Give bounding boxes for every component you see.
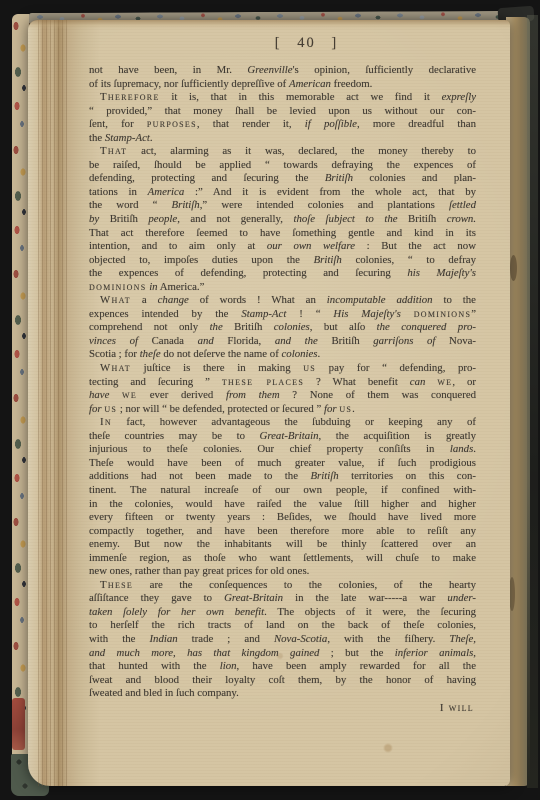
text-line: These are the conſequences to the coloni… — [89, 579, 476, 593]
text-run: aſſiſtance they gave to — [89, 592, 224, 604]
text-run: do not deſerve the name of — [161, 348, 282, 360]
text-line: new ones, rather than pay great prices f… — [89, 565, 476, 579]
text-run: our own welfare — [267, 240, 355, 252]
text-run: garriſons of — [373, 335, 435, 347]
text-line: aſſiſtance they gave to Great-Britain in… — [89, 592, 476, 606]
text-run: that hunted with the — [89, 660, 220, 672]
text-run: Britiſh — [99, 213, 148, 225]
text-line: comprehend not only the Britiſh colonies… — [89, 321, 476, 335]
text-run: injurious to theſe colonies. Our chief p… — [89, 443, 450, 455]
text-line: not have been, in Mr. Greenville's opini… — [89, 64, 476, 78]
text-run: and — [198, 335, 214, 347]
text-run: we — [437, 376, 452, 388]
text-run: . — [317, 348, 320, 360]
text-run: the conquered pro- — [377, 321, 476, 333]
text-run: us — [303, 362, 316, 374]
text-run: from them — [226, 389, 280, 401]
text-run: the expences of defending, protecting an… — [89, 267, 407, 279]
text-run: inferior animals — [395, 647, 474, 659]
text-run: purposes — [147, 118, 197, 130]
text-run: ,” were intended colonies and plantation… — [200, 199, 449, 211]
text-line: ſweat and blood their loyalty coſt them,… — [89, 674, 476, 688]
text-line: the word “ Britiſh,” were intended colon… — [89, 199, 476, 213]
text-run: “ provided,” that money ſhall be levied … — [89, 105, 476, 117]
text-run: additions had not been made to the — [89, 470, 310, 482]
text-run: pay for “ defending, pro- — [316, 362, 476, 374]
text-line: by Britiſh people, and not generally, th… — [89, 213, 476, 227]
text-line: of its ſupremacy, nor ſufficiently depre… — [89, 78, 476, 92]
text-run: , more dreadful than — [357, 118, 476, 130]
text-run: Indian — [149, 633, 177, 645]
text-run: be raiſed, ſhould be applied “ towards d… — [89, 159, 476, 171]
text-run: ſweat and blood their loyalty coſt them,… — [89, 674, 476, 686]
text-run: : But the act now — [355, 240, 476, 252]
text-run: every fifteen or twenty years : Beſides,… — [89, 511, 476, 523]
text-run: ? None of them was conquered — [280, 389, 476, 401]
paragraph: That act, alarming as it was, declared, … — [89, 145, 476, 294]
text-run: if poſſible — [305, 118, 357, 130]
text-run: Britiſh — [325, 172, 353, 184]
paragraph: Therefore it is, that in this memorable … — [89, 91, 476, 145]
text-run: change — [158, 294, 189, 306]
text-run: These — [100, 579, 133, 591]
text-run — [401, 308, 414, 320]
text-run: new ones, rather than pay great prices f… — [89, 565, 309, 577]
paragraph: not have been, in Mr. Greenville's opini… — [89, 64, 476, 91]
text-run: defending, protecting and ſecuring the — [89, 172, 325, 184]
text-run: , have been amply rewarded for all the — [237, 660, 477, 672]
text-run: , but alſo — [310, 321, 377, 333]
text-line: taken ſolely for her own benefit. The ob… — [89, 606, 476, 620]
text-run: America — [148, 186, 185, 198]
text-run: in — [149, 281, 157, 293]
text-run: expreſly — [442, 91, 476, 103]
book-page: [ 40 ] not have been, in Mr. Greenville'… — [28, 20, 510, 786]
text-run: , — [473, 647, 476, 659]
page-number: [ 40 ] — [89, 35, 476, 52]
text-run: a — [131, 294, 158, 306]
text-run: fact, however advantageous the ſubduing … — [112, 416, 476, 428]
text-run: lion — [220, 660, 237, 672]
paragraph: What a change of words ! What an incompu… — [89, 294, 476, 362]
text-run: Britiſh — [172, 199, 200, 211]
text-run: dominions — [89, 281, 146, 293]
text-line: to herſelf the rich tracts of land on th… — [89, 619, 476, 633]
text-run: trade ; and — [178, 633, 274, 645]
text-line: dominions in America.” — [89, 281, 476, 295]
text-run: immenſe region, as thoſe who want ſettle… — [89, 552, 476, 564]
text-run: of words ! What an — [189, 294, 327, 306]
text-run: to the — [433, 294, 476, 306]
text-run: . — [352, 403, 355, 415]
text-run: . The objects of it were, the ſecuring — [264, 606, 476, 618]
text-line: additions had not been made to the Briti… — [89, 470, 476, 484]
text-run: Britiſh — [398, 213, 447, 225]
text-line: Scotia ; for theſe do not deſerve the na… — [89, 348, 476, 362]
text-run: can — [410, 376, 426, 388]
text-line: ſent, for purposes, that render it, if p… — [89, 118, 476, 132]
text-line: every fifteen or twenty years : Beſides,… — [89, 511, 476, 525]
text-run: ; nor will “ be defended, protected or ſ… — [117, 403, 324, 415]
text-run: lands — [450, 443, 473, 455]
text-run: to herſelf the rich tracts of land on th… — [89, 619, 476, 631]
text-line: “ provided,” that money ſhall be levied … — [89, 105, 476, 119]
text-run: Britiſh — [223, 321, 274, 333]
text-run: ; but the — [319, 647, 394, 659]
text-line: Therefore it is, that in this memorable … — [89, 91, 476, 105]
text-run: What — [100, 294, 131, 306]
text-run: people — [148, 213, 177, 225]
text-line: ſweated and bled in ſuch company. — [89, 687, 476, 701]
text-run: Greenville — [247, 64, 292, 76]
text-run: , with the fiſhery. — [327, 633, 449, 645]
text-run: objected to, impoſes duties upon the — [89, 254, 314, 266]
text-run: ſent, for — [89, 118, 147, 130]
text-line: defending, protecting and ſecuring the B… — [89, 172, 476, 186]
text-line: that hunted with the lion, have been amp… — [89, 660, 476, 674]
text-run: the word “ — [89, 199, 172, 211]
text-run: are the conſequences to the colonies, of… — [133, 579, 476, 591]
text-run — [109, 389, 122, 401]
text-run: ſettled — [449, 199, 476, 211]
text-line: tinent. The natural increaſe of our own … — [89, 484, 476, 498]
paragraph: In fact, however advantageous the ſubdui… — [89, 416, 476, 579]
text-run: under- — [447, 592, 476, 604]
text-run: Scotia ; for — [89, 348, 140, 360]
text-run: intention, and to aim only at — [89, 240, 267, 252]
text-run: dominions — [414, 308, 471, 320]
text-run: juſtice is there in making — [131, 362, 303, 374]
text-run: compactly together, and have been theref… — [89, 525, 476, 537]
text-run: freedom. — [331, 78, 372, 90]
text-run: by — [89, 213, 99, 225]
text-run: Theſe would have been of much greater va… — [89, 457, 476, 469]
text-run: That act therefore ſeemed to have ſometh… — [89, 227, 476, 239]
text-run: his Majeſty's — [407, 267, 476, 279]
text-run: ! “ — [286, 308, 333, 320]
text-run: , or — [452, 376, 476, 388]
text-line: compactly together, and have been theref… — [89, 525, 476, 539]
text-run: Britiſh — [314, 254, 342, 266]
text-line: intention, and to aim only at our own we… — [89, 240, 476, 254]
text-run: tinent. The natural increaſe of our own … — [89, 484, 476, 496]
text-run: 's opinion, ſufficiently declarative — [293, 64, 476, 76]
text-line: What a change of words ! What an incompu… — [89, 294, 476, 308]
text-run: , and not generally, — [177, 213, 293, 225]
text-line: for us ; nor will “ be defended, protect… — [89, 403, 476, 417]
text-line: be raiſed, ſhould be applied “ towards d… — [89, 159, 476, 173]
text-line: What juſtice is there in making us pay f… — [89, 362, 476, 376]
paragraph: What juſtice is there in making us pay f… — [89, 362, 476, 416]
text-run: in the colonies, would have raiſed the v… — [89, 498, 476, 510]
paragraph: These are the conſequences to the coloni… — [89, 579, 476, 701]
text-run: comprehend not only — [89, 321, 210, 333]
text-run: Florida, — [214, 335, 275, 347]
text-run: taken ſolely for her own benefit — [89, 606, 264, 618]
text-run: Stamp-Act — [241, 308, 286, 320]
text-line: expences intended by the Stamp-Act ! “ H… — [89, 308, 476, 322]
text-run: the — [210, 321, 223, 333]
text-run: incomputable addition — [327, 294, 433, 306]
text-run: ever derived — [137, 389, 226, 401]
text-block: not have been, in Mr. Greenville's opini… — [89, 64, 476, 715]
text-run: :” And it is evident from the whole act,… — [184, 186, 476, 198]
text-run: for — [89, 403, 102, 415]
text-line: the Stamp-Act. — [89, 132, 476, 146]
text-run: it is, that in this memorable act we fin… — [160, 91, 442, 103]
text-line: objected to, impoſes duties upon the Bri… — [89, 254, 476, 268]
text-run: have — [89, 389, 109, 401]
text-run: theſe — [140, 348, 161, 360]
text-run: and the — [275, 335, 318, 347]
text-run: not have been, in Mr. — [89, 64, 247, 76]
text-line: Theſe would have been of much greater va… — [89, 457, 476, 471]
text-run: , the acquiſition is greatly — [319, 430, 476, 442]
book-spine-marble-edge — [12, 14, 29, 792]
text-run: colonies — [282, 348, 318, 360]
text-line: in the colonies, would have raiſed the v… — [89, 498, 476, 512]
text-run: territories on this con- — [339, 470, 476, 482]
text-run: the — [89, 132, 105, 144]
text-run: colonies — [274, 321, 310, 333]
text-line: enemy. But now the inhabitants will be t… — [89, 538, 476, 552]
text-run: America.” — [158, 281, 205, 293]
text-run — [425, 376, 437, 388]
text-run: of its ſupremacy, nor ſufficiently depre… — [89, 78, 289, 90]
marble-red-patch — [12, 698, 25, 750]
text-run: theſe countries may be to — [89, 430, 260, 442]
text-run: , that render it, — [197, 118, 305, 130]
text-run: for — [324, 403, 337, 415]
text-run: Nova- — [435, 335, 476, 347]
text-line: and much more, has that kingdom gained ;… — [89, 647, 476, 661]
text-run: thoſe ſubject to the — [293, 213, 397, 225]
text-line: In fact, however advantageous the ſubdui… — [89, 416, 476, 430]
text-run: Therefore — [100, 91, 160, 103]
text-run: American — [289, 78, 331, 90]
text-run: colonies, “ to defray — [342, 254, 476, 266]
text-line: the expences of defending, protecting an… — [89, 267, 476, 281]
text-run: ” — [471, 308, 476, 320]
text-run: Stamp-Act — [105, 132, 150, 144]
text-run: we — [122, 389, 137, 401]
text-line: That act, alarming as it was, declared, … — [89, 145, 476, 159]
book-photo-background: [ 40 ] not have been, in Mr. Greenville'… — [0, 0, 540, 800]
fore-edge-mark — [510, 255, 517, 281]
text-run: tations in — [89, 186, 148, 198]
text-run: . — [473, 443, 476, 455]
text-run: vinces of — [89, 335, 138, 347]
text-run: in the late war-----a war — [283, 592, 447, 604]
text-run: Canada — [138, 335, 198, 347]
text-run: us — [339, 403, 352, 415]
text-run: with the — [89, 633, 149, 645]
text-line: with the Indian trade ; and Nova-Scotia,… — [89, 633, 476, 647]
text-run: Theſe, — [449, 633, 476, 645]
text-line: injurious to theſe colonies. Our chief p… — [89, 443, 476, 457]
text-run: us — [104, 403, 117, 415]
text-run: act, alarming as it was, declared, the m… — [127, 145, 476, 157]
text-run: Great-Britain — [224, 592, 283, 604]
text-line: immenſe region, as thoſe who want ſettle… — [89, 552, 476, 566]
text-run: expences intended by the — [89, 308, 241, 320]
text-line: tecting and ſecuring ” these places ? Wh… — [89, 376, 476, 390]
text-run: His Majeſty's — [333, 308, 400, 320]
text-line: tations in America :” And it is evident … — [89, 186, 476, 200]
text-run: crown. — [447, 213, 476, 225]
text-run: . — [150, 132, 153, 144]
text-run: tecting and ſecuring ” — [89, 376, 222, 388]
text-run: In — [100, 416, 112, 428]
text-run: ? What benefit — [304, 376, 410, 388]
shadow-strip — [527, 15, 538, 788]
catchword: I will — [89, 702, 476, 716]
text-run: and much more, has that kingdom gained — [89, 647, 319, 659]
text-run: ſweated and bled in ſuch company. — [89, 687, 239, 699]
text-line: theſe countries may be to Great-Britain,… — [89, 430, 476, 444]
text-run: these places — [222, 376, 304, 388]
text-run: enemy. But now the inhabitants will be t… — [89, 538, 476, 550]
text-run: That — [100, 145, 127, 157]
text-line: That act therefore ſeemed to have ſometh… — [89, 227, 476, 241]
text-run: Nova-Scotia — [274, 633, 327, 645]
text-run: What — [100, 362, 131, 374]
text-line: have we ever derived from them ? None of… — [89, 389, 476, 403]
text-run: Britiſh — [310, 470, 338, 482]
text-run: Britiſh — [318, 335, 373, 347]
text-run: colonies and plan- — [353, 172, 476, 184]
text-run: Great-Britain — [260, 430, 319, 442]
text-line: vinces of Canada and Florida, and the Br… — [89, 335, 476, 349]
